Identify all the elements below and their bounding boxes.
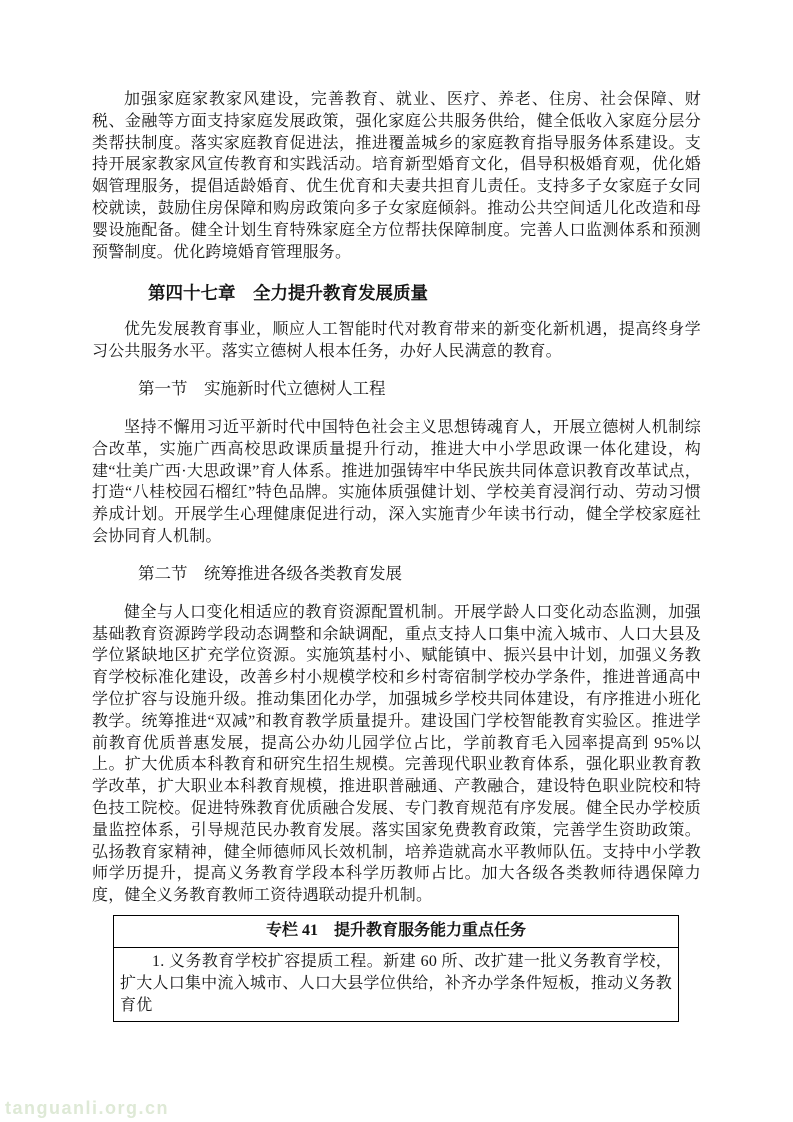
document-page: 加强家庭家教家风建设，完善教育、就业、医疗、养老、住房、社会保障、财税、金融等方…: [0, 0, 793, 1122]
paragraph-education-intro: 优先发展教育事业，顺应人工智能时代对教育带来的新变化新机遇，提高终身学习公共服务…: [92, 319, 701, 363]
paragraph-section-2-education-development: 健全与人口变化相适应的教育资源配置机制。开展学龄人口变化动态监测，加强基础教育资…: [92, 602, 701, 907]
chapter-47-heading: 第四十七章 全力提升教育发展质量: [92, 281, 701, 305]
document-content: 加强家庭家教家风建设，完善教育、就业、医疗、养老、住房、社会保障、财税、金融等方…: [92, 89, 701, 1022]
column-box-41: 专栏 41 提升教育服务能力重点任务 1. 义务教育学校扩容提质工程。新建 60…: [113, 915, 679, 1022]
section-2-heading: 第二节 统筹推进各级各类教育发展: [92, 563, 701, 585]
paragraph-section-1-moral-education: 坚持不懈用习近平新时代中国特色社会主义思想铸魂育人，开展立德树人机制综合改革，实…: [92, 417, 701, 548]
section-1-heading: 第一节 实施新时代立德树人工程: [92, 378, 701, 400]
paragraph-family-policy: 加强家庭家教家风建设，完善教育、就业、医疗、养老、住房、社会保障、财税、金融等方…: [92, 89, 701, 263]
column-box-41-title: 专栏 41 提升教育服务能力重点任务: [114, 916, 678, 948]
column-box-41-item-1: 1. 义务教育学校扩容提质工程。新建 60 所、改扩建一批义务教育学校，扩大人口…: [114, 948, 678, 1021]
site-watermark: tanguanli.org.cn: [5, 1098, 169, 1119]
